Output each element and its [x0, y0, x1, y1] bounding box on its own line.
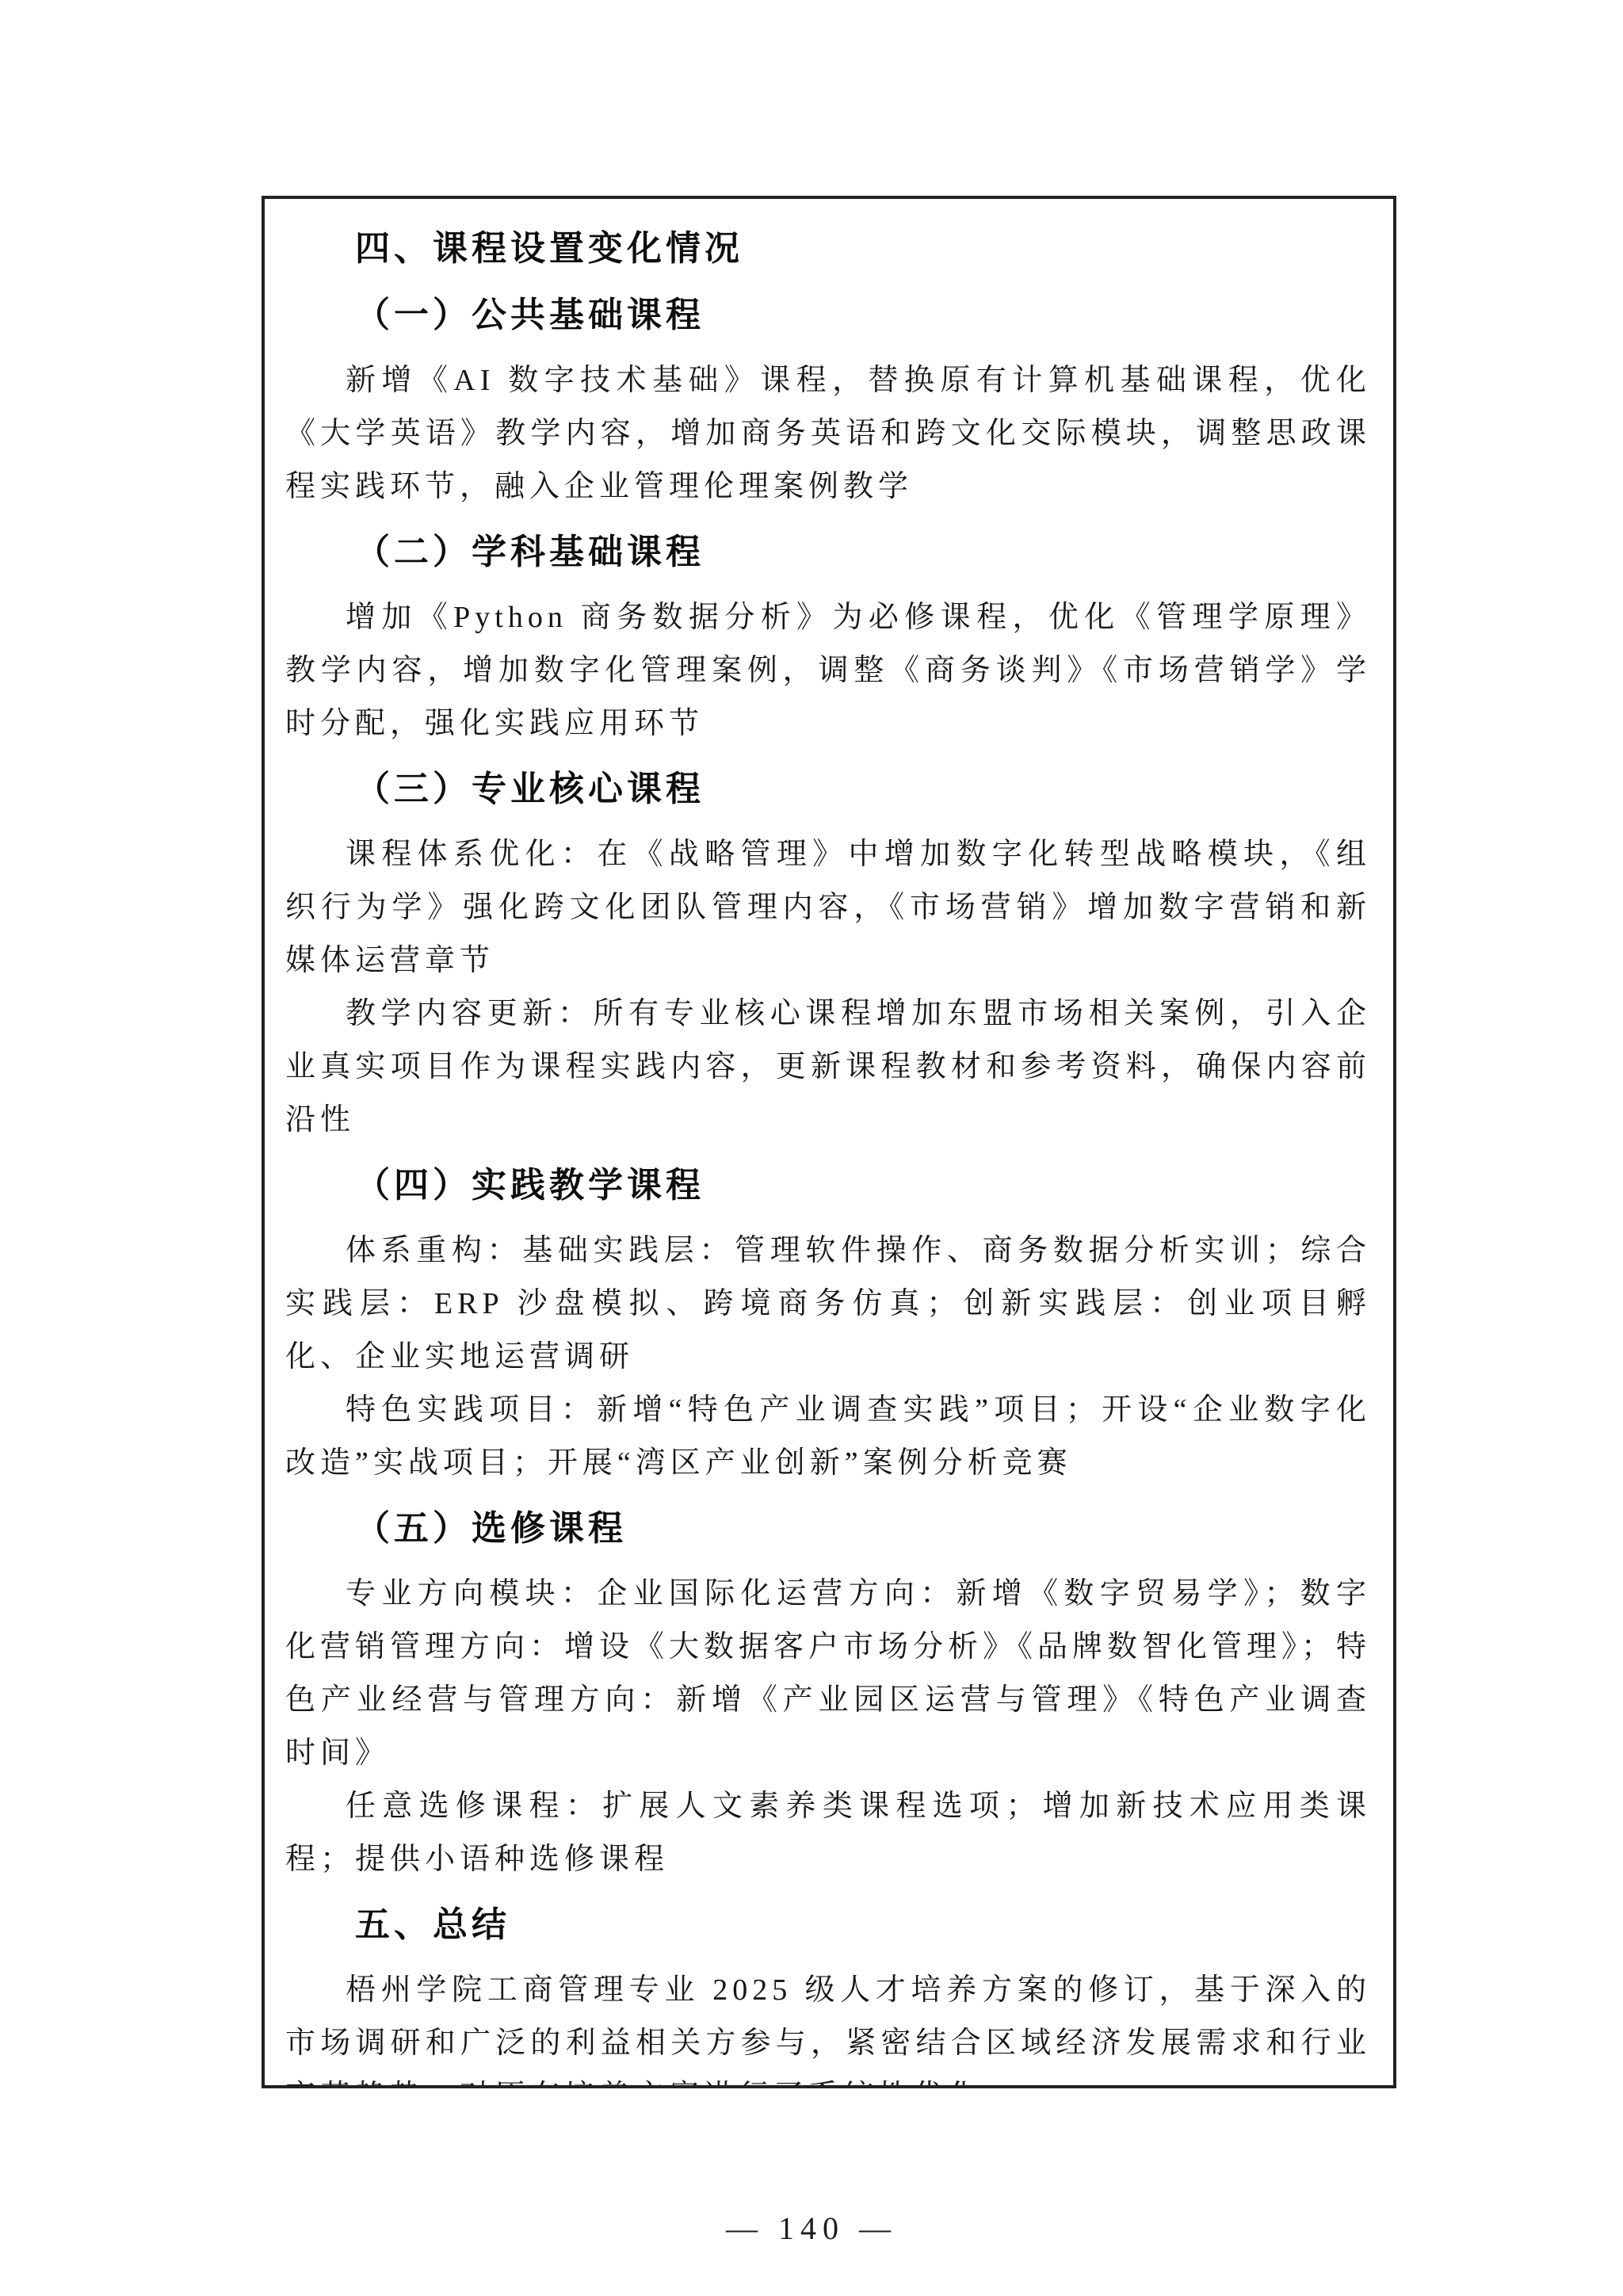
- paragraph-major-direction-modules: 专业方向模块：企业国际化运营方向：新增《数字贸易学》；数字化营销管理方向：增设《…: [285, 1568, 1371, 1780]
- paragraph-course-system-optimization: 课程体系优化：在《战略管理》中增加数字化转型战略模块，《组织行为学》强化跨文化团…: [285, 828, 1371, 988]
- paragraph-public-basic-courses: 新增《AI 数字技术基础》课程，替换原有计算机基础课程，优化《大学英语》教学内容…: [285, 354, 1371, 514]
- paragraph-discipline-basic-courses: 增加《Python 商务数据分析》为必修课程，优化《管理学原理》教学内容，增加数…: [285, 591, 1371, 751]
- heading-practical-teaching-courses: （四）实践教学课程: [285, 1158, 1371, 1213]
- heading-professional-core-courses: （三）专业核心课程: [285, 762, 1371, 817]
- page-number: — 140 —: [0, 2210, 1623, 2247]
- heading-summary: 五、总结: [285, 1897, 1371, 1953]
- heading-section-four: 四、课程设置变化情况: [285, 221, 1371, 277]
- paragraph-practice-system-restructure: 体系重构：基础实践层：管理软件操作、商务数据分析实训；综合实践层：ERP 沙盘模…: [285, 1224, 1371, 1384]
- document-page: 四、课程设置变化情况 （一）公共基础课程 新增《AI 数字技术基础》课程，替换原…: [0, 0, 1623, 2296]
- paragraph-summary-revision-basis: 梧州学院工商管理专业 2025 级人才培养方案的修订，基于深入的市场调研和广泛的…: [285, 1964, 1371, 2088]
- document-border-box: 四、课程设置变化情况 （一）公共基础课程 新增《AI 数字技术基础》课程，替换原…: [262, 196, 1396, 2088]
- heading-public-basic-courses: （一）公共基础课程: [285, 288, 1371, 343]
- paragraph-free-elective-courses: 任意选修课程：扩展人文素养类课程选项；增加新技术应用类课程；提供小语种选修课程: [285, 1780, 1371, 1886]
- paragraph-special-practice-projects: 特色实践项目：新增“特色产业调查实践”项目；开设“企业数字化改造”实战项目；开展…: [285, 1384, 1371, 1490]
- heading-elective-courses: （五）选修课程: [285, 1501, 1371, 1557]
- paragraph-teaching-content-update: 教学内容更新：所有专业核心课程增加东盟市场相关案例，引入企业真实项目作为课程实践…: [285, 988, 1371, 1147]
- heading-discipline-basic-courses: （二）学科基础课程: [285, 525, 1371, 580]
